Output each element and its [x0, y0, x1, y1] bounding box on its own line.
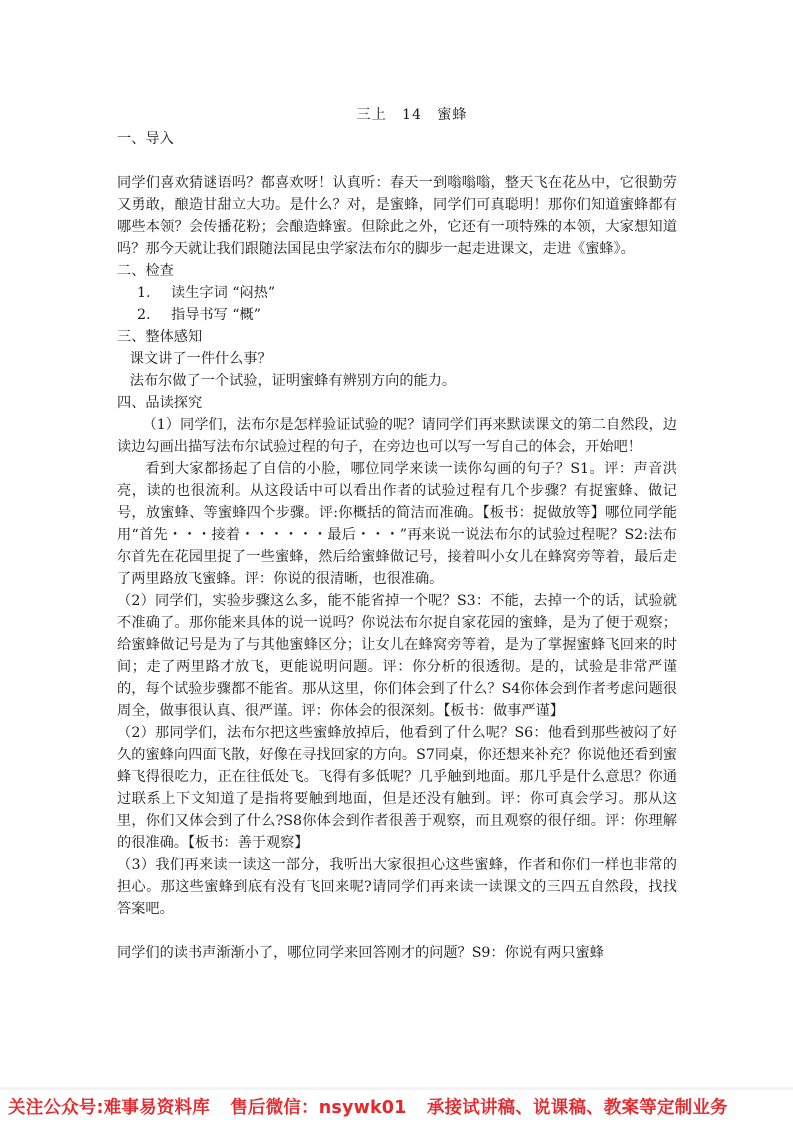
footer-divider — [0, 1087, 793, 1090]
explore-paragraph-2: 看到大家都扬起了自信的小脸，哪位同学来读一读你勾画的句子？S1。评：声音洪亮，读… — [117, 458, 677, 590]
overview-question: 课文讲了一件什么事？ — [117, 348, 677, 370]
explore-paragraph-3: （2）同学们，实验步骤这么多，能不能省掉一个呢？S3：不能，去掉一个的话，试验就… — [117, 590, 677, 722]
explore-paragraph-5: （3）我们再来读一读这一部分，我听出大家很担心这些蜜蜂，作者和你们一样也非常的担… — [117, 854, 677, 920]
section-heading-check: 二、检查 — [117, 260, 677, 282]
footer-banner: 关注公众号:难事易资料库 售后微信：nsywk01 承接试讲稿、说课稿、教案等定… — [0, 1094, 793, 1120]
footer-account: 关注公众号:难事易资料库 — [8, 1098, 210, 1118]
explore-paragraph-6: 同学们的读书声渐渐小了，哪位同学来回答刚才的问题？S9：你说有两只蜜蜂 — [117, 942, 677, 964]
document-page: 三上 14 蜜蜂 一、导入 同学们喜欢猜谜语吗？都喜欢呀！认真听：春天一到嗡嗡嗡… — [117, 104, 677, 964]
blank-line — [117, 920, 677, 942]
list-number: 2. — [137, 304, 171, 326]
overview-answer: 法布尔做了一个试验，证明蜜蜂有辨别方向的能力。 — [117, 370, 677, 392]
footer-services: 承接试讲稿、说课稿、教案等定制业务 — [427, 1098, 728, 1118]
explore-paragraph-4: （2）那同学们，法布尔把这些蜜蜂放掉后，他看到了什么呢？S6：他看到那些被闷了好… — [117, 722, 677, 854]
explore-paragraph-1: （1）同学们，法布尔是怎样验证试验的呢？请同学们再来默读课文的第二自然段，边读边… — [117, 414, 677, 458]
footer-wechat: 售后微信：nsywk01 — [230, 1098, 406, 1118]
section-heading-explore: 四、品读探究 — [117, 392, 677, 414]
list-text: 指导书写 “概” — [171, 307, 261, 323]
list-number: 1. — [137, 282, 171, 304]
list-item: 1.读生字词 “闷热” — [117, 282, 677, 304]
list-text: 读生字词 “闷热” — [171, 285, 275, 301]
intro-paragraph: 同学们喜欢猜谜语吗？都喜欢呀！认真听：春天一到嗡嗡嗡，整天飞在花丛中，它很勤劳又… — [117, 172, 677, 260]
section-heading-overview: 三、整体感知 — [117, 326, 677, 348]
section-heading-intro: 一、导入 — [117, 128, 677, 150]
document-title: 三上 14 蜜蜂 — [117, 104, 677, 126]
list-item: 2.指导书写 “概” — [117, 304, 677, 326]
blank-line — [117, 150, 677, 172]
